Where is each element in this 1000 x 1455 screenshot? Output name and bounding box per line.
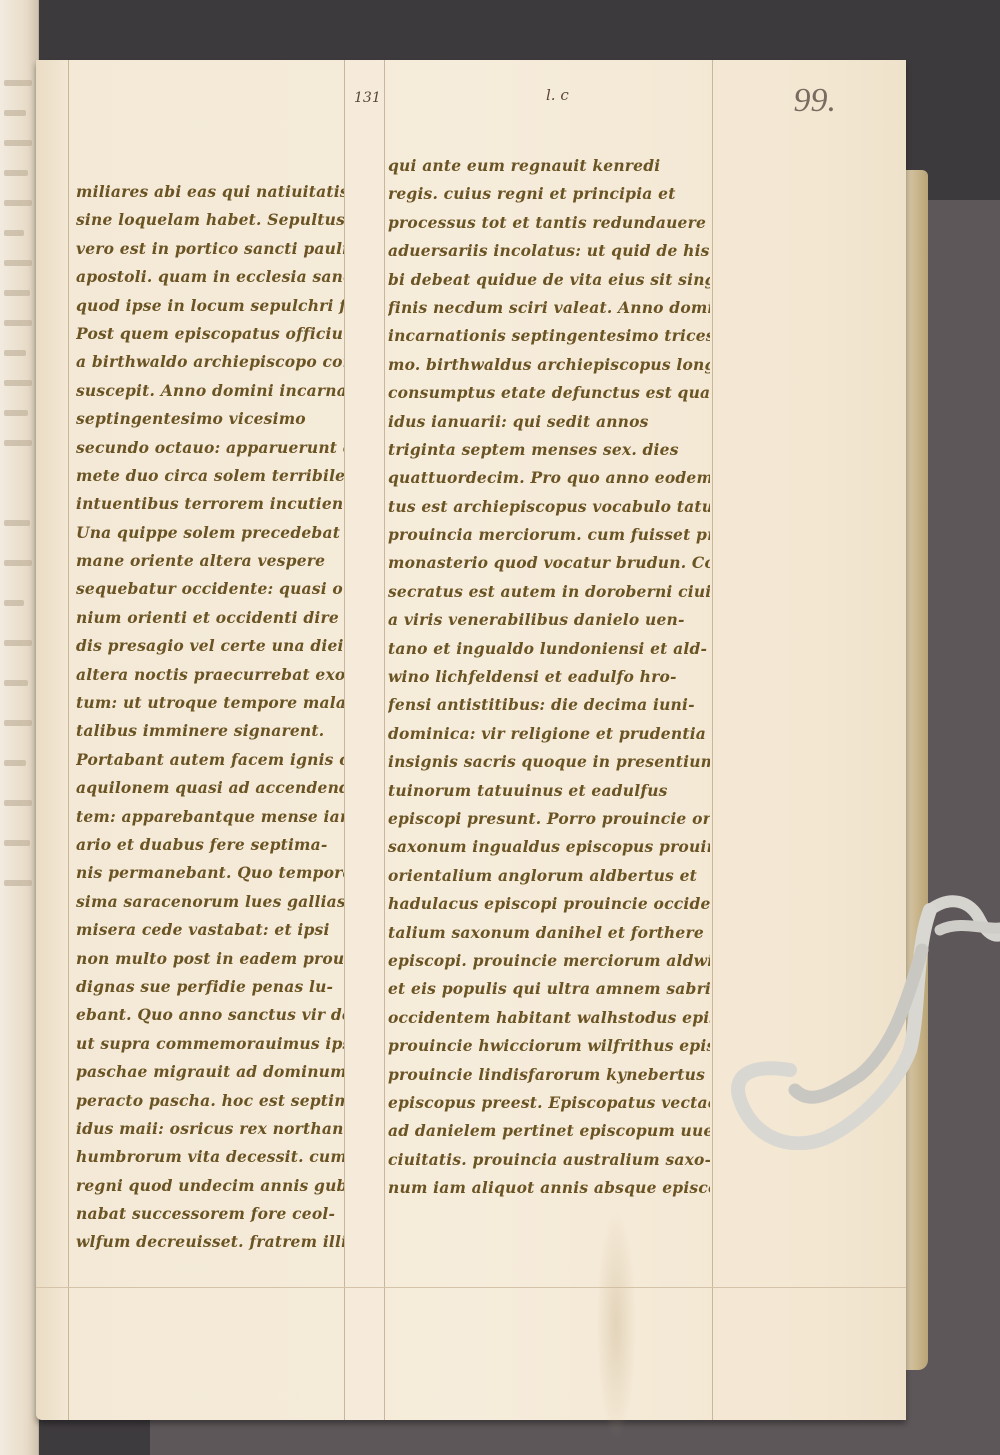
text-line: ad danielem pertinet episcopum uuenta: [388, 1117, 710, 1145]
text-line: tus est archiepiscopus vocabulo tatuuinu…: [388, 493, 710, 521]
text-line: prouincie lindisfarorum kynebertus: [388, 1061, 710, 1089]
text-line: regni quod undecim annis guber-: [76, 1172, 344, 1200]
text-line: dominica: vir religione et prudentia: [388, 720, 710, 748]
ghost-text: [4, 350, 26, 356]
header-number: 131: [354, 90, 381, 106]
text-line: septingentesimo vicesimo: [76, 405, 344, 433]
text-line: episcopus preest. Episcopatus vectae ins…: [388, 1089, 710, 1117]
text-line: processus tot et tantis redundauere: [388, 209, 710, 237]
ghost-text: [4, 880, 32, 886]
text-column-right: qui ante eum regnauit kenrediregis. cuiu…: [388, 152, 710, 1202]
text-line: apostoli. quam in ecclesia sancti Andree: [76, 263, 344, 291]
text-line: tem: apparebantque mense ianu-: [76, 803, 344, 831]
text-line: aquilonem quasi ad accendendum acclina-: [76, 774, 344, 802]
text-line: mane oriente altera vespere: [76, 547, 344, 575]
text-line: monasterio quod vocatur brudun. Con-: [388, 549, 710, 577]
ghost-text: [4, 760, 26, 766]
text-line: secundo octauo: apparuerunt co-: [76, 434, 344, 462]
text-line: suscepit. Anno domini incarnationis: [76, 377, 344, 405]
folio-number: 99.: [794, 82, 837, 120]
text-line: tum: ut utroque tempore mala mor-: [76, 689, 344, 717]
ghost-text: [4, 800, 32, 806]
text-line: prouincia merciorum. cum fuisset presbit…: [388, 521, 710, 549]
text-line: orientalium anglorum aldbertus et: [388, 862, 710, 890]
text-line: ut supra commemorauimus ipso die: [76, 1030, 344, 1058]
text-line: aduersariis incolatus: ut quid de his sc…: [388, 237, 710, 265]
text-line: hadulacus episcopi prouincie occiden-: [388, 890, 710, 918]
text-line: dignas sue perfidie penas lu-: [76, 973, 344, 1001]
ghost-text: [4, 290, 30, 296]
text-line: Post quem episcopatus officium eadulfus: [76, 320, 344, 348]
text-line: tuinorum tatuuinus et eadulfus: [388, 777, 710, 805]
text-line: nis permanebant. Quo tempore grauis-: [76, 859, 344, 887]
text-line: a viris venerabilibus danielo uen-: [388, 606, 710, 634]
text-line: tano et ingualdo lundoniensi et ald-: [388, 635, 710, 663]
text-line: ebant. Quo anno sanctus vir dei egbertus: [76, 1001, 344, 1029]
text-line: vero est in portico sancti pauli: [76, 235, 344, 263]
text-line: Una quippe solem precedebat: [76, 519, 344, 547]
text-line: peracto pascha. hoc est septimo: [76, 1087, 344, 1115]
text-line: nium orienti et occidenti dire cla-: [76, 604, 344, 632]
header-mark: l. c: [546, 86, 569, 104]
text-line: miliares abi eas qui natiuitatis: [76, 178, 344, 206]
text-line: secratus est autem in doroberni ciuitate: [388, 578, 710, 606]
text-line: triginta septem menses sex. dies: [388, 436, 710, 464]
ghost-text: [4, 140, 32, 146]
text-line: consumptus etate defunctus est quarto: [388, 379, 710, 407]
text-line: finis necdum sciri valeat. Anno domini: [388, 294, 710, 322]
ghost-text: [4, 230, 24, 236]
ghost-text: [4, 200, 32, 206]
text-line: saxonum ingualdus episcopus prouincie: [388, 833, 710, 861]
text-line: occidentem habitant walhstodus episcopus…: [388, 1004, 710, 1032]
text-line: talium saxonum danihel et forthere: [388, 919, 710, 947]
text-line: non multo post in eadem prouincia: [76, 945, 344, 973]
text-line: bi debeat quidue de vita eius sit singul…: [388, 266, 710, 294]
ghost-text: [4, 170, 28, 176]
bookmark-cord: [700, 890, 1000, 1150]
text-line: episcopi. prouincie merciorum aldwinus e…: [388, 947, 710, 975]
ruling-line: [344, 60, 345, 1420]
text-line: sine loquelam habet. Sepultus: [76, 206, 344, 234]
ghost-text: [4, 600, 24, 606]
text-line: paschae migrauit ad dominum: et mox: [76, 1058, 344, 1086]
ghost-text: [4, 560, 32, 566]
text-line: a birthwaldo archiepiscopo constituto: [76, 348, 344, 376]
ruling-line: [712, 60, 713, 1420]
ruling-line: [384, 60, 385, 1420]
text-line: ario et duabus fere septima-: [76, 831, 344, 859]
text-line: ciuitatis. prouincia australium saxo-: [388, 1146, 710, 1174]
ghost-text: [4, 720, 32, 726]
ruling-line: [36, 1287, 906, 1288]
text-line: sequebatur occidente: quasi om-: [76, 575, 344, 603]
text-line: wlfum decreuisset. fratrem illius: [76, 1228, 344, 1256]
text-line: episcopi presunt. Porro prouincie orient…: [388, 805, 710, 833]
ghost-text: [4, 520, 30, 526]
manuscript-page: 131 l. c 99. miliares abi eas qui natiui…: [36, 60, 906, 1420]
ghost-text: [4, 440, 32, 446]
ghost-text: [4, 640, 32, 646]
text-line: et eis populis qui ultra amnem sabrinam …: [388, 975, 710, 1003]
text-line: nabat successorem fore ceol-: [76, 1200, 344, 1228]
left-facing-page: [0, 0, 39, 1455]
text-line: idus maii: osricus rex northan-: [76, 1115, 344, 1143]
text-line: humbrorum vita decessit. cum ipse: [76, 1143, 344, 1171]
text-line: num iam aliquot annis absque episcopo: [388, 1174, 710, 1202]
text-line: misera cede vastabat: et ipsi: [76, 916, 344, 944]
text-line: prouincie hwicciorum wilfrithus episcopu…: [388, 1032, 710, 1060]
ghost-text: [4, 680, 28, 686]
text-column-left: miliares abi eas qui natiuitatissine loq…: [76, 178, 344, 1257]
water-stain: [596, 1210, 636, 1440]
ghost-text: [4, 410, 28, 416]
text-line: Portabant autem facem ignis contra: [76, 746, 344, 774]
text-line: talibus imminere signarent.: [76, 717, 344, 745]
text-line: incarnationis septingentesimo tricesi-: [388, 322, 710, 350]
ghost-text: [4, 260, 32, 266]
ghost-text: [4, 110, 26, 116]
ghost-text: [4, 380, 32, 386]
ghost-text: [4, 320, 32, 326]
text-line: altera noctis praecurrebat exor-: [76, 661, 344, 689]
text-line: regis. cuius regni et principia et: [388, 180, 710, 208]
text-line: quod ipse in locum sepulchri fecerat: [76, 292, 344, 320]
ghost-text: [4, 840, 30, 846]
text-line: intuentibus terrorem incutientes.: [76, 490, 344, 518]
text-line: quattuordecim. Pro quo anno eodem fac-: [388, 464, 710, 492]
text-line: mete duo circa solem terribiles: [76, 462, 344, 490]
text-line: insignis sacris quoque in presentium eti…: [388, 748, 710, 776]
text-line: sima saracenorum lues gallias: [76, 888, 344, 916]
text-line: mo. birthwaldus archiepiscopus longa: [388, 351, 710, 379]
text-line: idus ianuarii: qui sedit annos: [388, 408, 710, 436]
text-line: wino lichfeldensi et eadulfo hro-: [388, 663, 710, 691]
text-line: fensi antistitibus: die decima iuni-: [388, 691, 710, 719]
ghost-text: [4, 80, 32, 86]
text-line: dis presagio vel certe una diei: [76, 632, 344, 660]
ruling-line: [68, 60, 69, 1420]
text-line: qui ante eum regnauit kenredi: [388, 152, 710, 180]
